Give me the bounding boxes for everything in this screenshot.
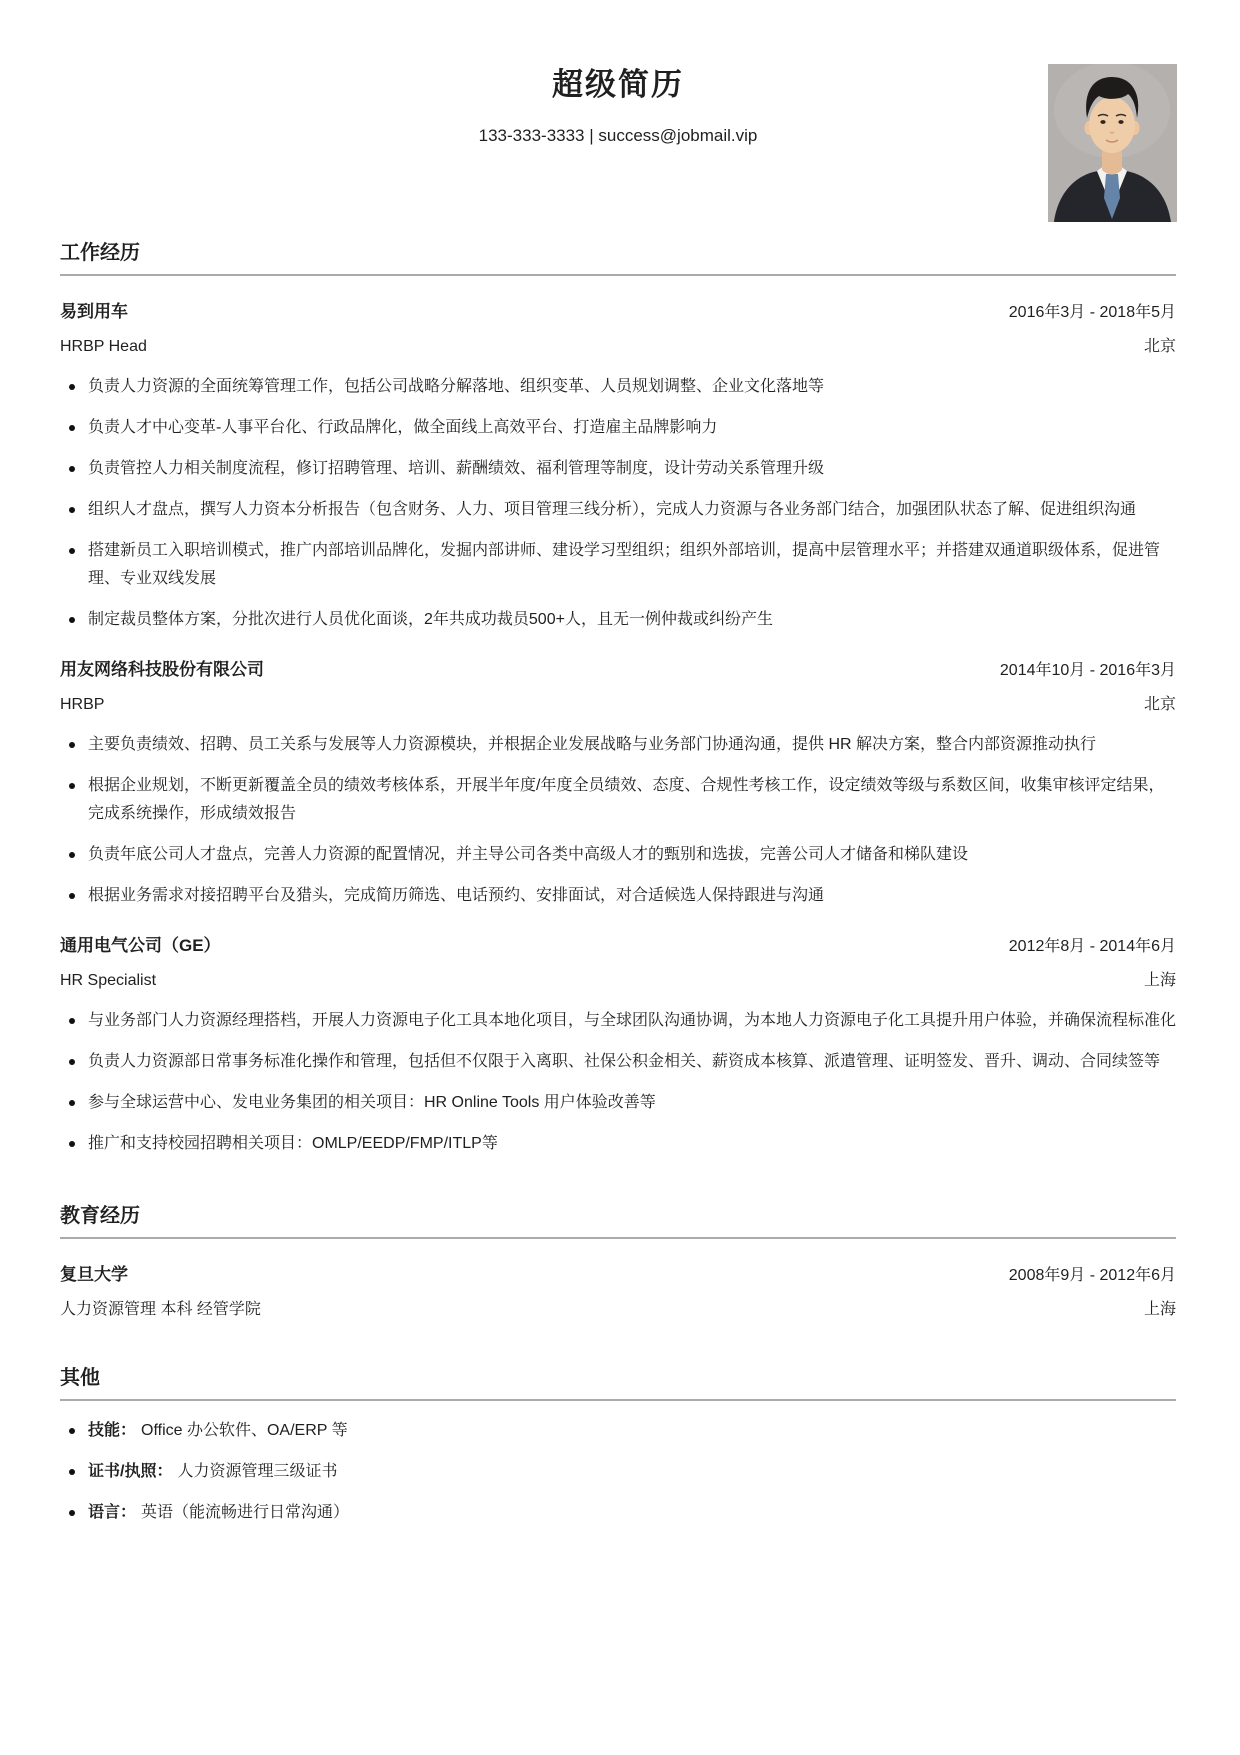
id-photo-illustration: [1048, 64, 1177, 222]
bullet-item: 负责人力资源部日常事务标准化操作和管理，包括但不仅限于入离职、社保公积金相关、薪…: [60, 1048, 1176, 1076]
other-item-text: 英语（能流畅进行日常沟通）: [141, 1504, 349, 1521]
bullet-dot-icon: [69, 507, 75, 513]
company-name: 用友网络科技股份有限公司: [60, 658, 264, 681]
resume-header: 超级简历 133-333-3333 | success@jobmail.vip: [60, 66, 1176, 146]
bullet-dot-icon: [69, 466, 75, 472]
bullet-text: 根据业务需求对接招聘平台及猎头，完成简历筛选、电话预约、安排面试，对合适候选人保…: [88, 887, 824, 904]
entry-header-row: 易到用车 2016年3月 - 2018年5月: [60, 300, 1176, 324]
entry-header-row: 通用电气公司（GE） 2012年8月 - 2014年6月: [60, 934, 1176, 958]
bullet-item: 负责人力资源的全面统筹管理工作，包括公司战略分解落地、组织变革、人员规划调整、企…: [60, 373, 1176, 401]
bullet-item: 根据业务需求对接招聘平台及猎头，完成简历筛选、电话预约、安排面试，对合适候选人保…: [60, 882, 1176, 910]
face-shape: [1089, 97, 1135, 153]
bullet-dot-icon: [69, 893, 75, 899]
work-entry-yonyou: 用友网络科技股份有限公司 2014年10月 - 2016年3月 HRBP 北京 …: [60, 658, 1176, 910]
bullet-item: 参与全球运营中心、发电业务集团的相关项目：HR Online Tools 用户体…: [60, 1089, 1176, 1117]
job-title: HR Specialist: [60, 970, 156, 991]
bullet-list: 负责人力资源的全面统筹管理工作，包括公司战略分解落地、组织变革、人员规划调整、企…: [60, 373, 1176, 634]
section-title-other: 其他: [60, 1366, 1176, 1390]
bullet-dot-icon: [69, 1059, 75, 1065]
job-title: HRBP Head: [60, 336, 147, 357]
date-range: 2014年10月 - 2016年3月: [1000, 659, 1176, 682]
bullet-dot-icon: [69, 1428, 75, 1434]
entry-header-row: 用友网络科技股份有限公司 2014年10月 - 2016年3月: [60, 658, 1176, 682]
job-location: 北京: [1144, 336, 1176, 357]
bullet-item: 制定裁员整体方案，分批次进行人员优化面谈，2年共成功裁员500+人，且无一例仲裁…: [60, 606, 1176, 634]
profile-photo: [1048, 64, 1177, 222]
bullet-text: 与业务部门人力资源经理搭档，开展人力资源电子化工具本地化项目，与全球团队沟通协调…: [88, 1012, 1176, 1029]
bullet-dot-icon: [69, 742, 75, 748]
entry-header-row: 复旦大学 2008年9月 - 2012年6月: [60, 1263, 1176, 1287]
education-entry-fudan: 复旦大学 2008年9月 - 2012年6月 人力资源管理 本科 经管学院 上海: [60, 1263, 1176, 1320]
bullet-text: 根据企业规划，不断更新覆盖全员的绩效考核体系，开展半年度/年度全员绩效、态度、合…: [88, 777, 1164, 822]
eye-right: [1118, 120, 1123, 124]
section-divider: [60, 1399, 1176, 1401]
bullet-dot-icon: [69, 617, 75, 623]
degree-detail: 人力资源管理 本科 经管学院: [60, 1299, 261, 1320]
date-range: 2008年9月 - 2012年6月: [1009, 1264, 1176, 1287]
other-item-label: 技能：: [88, 1422, 136, 1439]
bullet-dot-icon: [69, 1469, 75, 1475]
other-item-label: 证书/执照：: [88, 1463, 172, 1480]
bullet-item: 组织人才盘点，撰写人力资本分析报告（包含财务、人力、项目管理三线分析），完成人力…: [60, 496, 1176, 524]
date-range: 2016年3月 - 2018年5月: [1009, 301, 1176, 324]
bullet-dot-icon: [69, 852, 75, 858]
bullet-item: 负责管控人力相关制度流程，修订招聘管理、培训、薪酬绩效、福利管理等制度，设计劳动…: [60, 455, 1176, 483]
bullet-text: 负责人力资源部日常事务标准化操作和管理，包括但不仅限于入离职、社保公积金相关、薪…: [88, 1053, 1160, 1070]
other-item-text: 人力资源管理三级证书: [177, 1463, 337, 1480]
bullet-item: 负责年底公司人才盘点，完善人力资源的配置情况，并主导公司各类中高级人才的甄别和选…: [60, 841, 1176, 869]
bullet-list: 与业务部门人力资源经理搭档，开展人力资源电子化工具本地化项目，与全球团队沟通协调…: [60, 1007, 1176, 1158]
job-title: HRBP: [60, 694, 104, 715]
bullet-text: 制定裁员整体方案，分批次进行人员优化面谈，2年共成功裁员500+人，且无一例仲裁…: [88, 611, 773, 628]
other-item-certificates: 证书/执照：人力资源管理三级证书: [60, 1458, 1176, 1486]
contact-line: 133-333-3333 | success@jobmail.vip: [60, 125, 1176, 146]
entry-detail-row: 人力资源管理 本科 经管学院 上海: [60, 1299, 1176, 1320]
bullet-item: 根据企业规划，不断更新覆盖全员的绩效考核体系，开展半年度/年度全员绩效、态度、合…: [60, 772, 1176, 828]
work-entry-yidao: 易到用车 2016年3月 - 2018年5月 HRBP Head 北京 负责人力…: [60, 300, 1176, 634]
company-name: 通用电气公司（GE）: [60, 934, 221, 957]
other-list: 技能：Office 办公软件、OA/ERP 等 证书/执照：人力资源管理三级证书…: [60, 1417, 1176, 1527]
bullet-text: 参与全球运营中心、发电业务集团的相关项目：HR Online Tools 用户体…: [88, 1094, 656, 1111]
bullet-dot-icon: [69, 1141, 75, 1147]
entry-role-row: HRBP Head 北京: [60, 336, 1176, 357]
section-other: 其他 技能：Office 办公软件、OA/ERP 等 证书/执照：人力资源管理三…: [60, 1366, 1176, 1527]
school-location: 上海: [1144, 1299, 1176, 1320]
resume-page: 超级简历 133-333-3333 | success@jobmail.vip …: [0, 0, 1240, 1755]
work-entry-ge: 通用电气公司（GE） 2012年8月 - 2014年6月 HR Speciali…: [60, 934, 1176, 1158]
other-item-text: Office 办公软件、OA/ERP 等: [141, 1422, 348, 1439]
section-work-experience: 工作经历 易到用车 2016年3月 - 2018年5月 HRBP Head 北京…: [60, 241, 1176, 1158]
section-education: 教育经历 复旦大学 2008年9月 - 2012年6月 人力资源管理 本科 经管…: [60, 1204, 1176, 1320]
job-location: 上海: [1144, 970, 1176, 991]
section-divider: [60, 274, 1176, 276]
bullet-dot-icon: [69, 384, 75, 390]
other-item-languages: 语言：英语（能流畅进行日常沟通）: [60, 1499, 1176, 1527]
company-name: 易到用车: [60, 300, 128, 323]
bullet-dot-icon: [69, 1018, 75, 1024]
bullet-text: 主要负责绩效、招聘、员工关系与发展等人力资源模块，并根据企业发展战略与业务部门协…: [88, 736, 1096, 753]
bullet-text: 搭建新员工入职培训模式，推广内部培训品牌化，发掘内部讲师、建设学习型组织；组织外…: [88, 542, 1160, 587]
date-range: 2012年8月 - 2014年6月: [1009, 935, 1176, 958]
section-divider: [60, 1237, 1176, 1239]
bullet-list: 主要负责绩效、招聘、员工关系与发展等人力资源模块，并根据企业发展战略与业务部门协…: [60, 731, 1176, 910]
bullet-item: 负责人才中心变革-人事平台化、行政品牌化，做全面线上高效平台、打造雇主品牌影响力: [60, 414, 1176, 442]
entry-role-row: HRBP 北京: [60, 694, 1176, 715]
bullet-text: 推广和支持校园招聘相关项目：OMLP/EEDP/FMP/ITLP等: [88, 1135, 498, 1152]
job-location: 北京: [1144, 694, 1176, 715]
bullet-item: 搭建新员工入职培训模式，推广内部培训品牌化，发掘内部讲师、建设学习型组织；组织外…: [60, 537, 1176, 593]
bullet-dot-icon: [69, 1100, 75, 1106]
bullet-item: 主要负责绩效、招聘、员工关系与发展等人力资源模块，并根据企业发展战略与业务部门协…: [60, 731, 1176, 759]
entry-role-row: HR Specialist 上海: [60, 970, 1176, 991]
other-item-label: 语言：: [88, 1504, 136, 1521]
bullet-text: 负责人才中心变革-人事平台化、行政品牌化，做全面线上高效平台、打造雇主品牌影响力: [88, 419, 717, 436]
bullet-dot-icon: [69, 1510, 75, 1516]
bullet-dot-icon: [69, 783, 75, 789]
eye-left: [1100, 120, 1105, 124]
candidate-name: 超级简历: [60, 66, 1176, 104]
bullet-text: 组织人才盘点，撰写人力资本分析报告（包含财务、人力、项目管理三线分析），完成人力…: [88, 501, 1136, 518]
other-item-skills: 技能：Office 办公软件、OA/ERP 等: [60, 1417, 1176, 1445]
bullet-dot-icon: [69, 425, 75, 431]
bullet-item: 推广和支持校园招聘相关项目：OMLP/EEDP/FMP/ITLP等: [60, 1130, 1176, 1158]
school-name: 复旦大学: [60, 1263, 128, 1286]
bullet-item: 与业务部门人力资源经理搭档，开展人力资源电子化工具本地化项目，与全球团队沟通协调…: [60, 1007, 1176, 1035]
bullet-dot-icon: [69, 548, 75, 554]
section-title-education: 教育经历: [60, 1204, 1176, 1228]
bullet-text: 负责管控人力相关制度流程，修订招聘管理、培训、薪酬绩效、福利管理等制度，设计劳动…: [88, 460, 824, 477]
bullet-text: 负责人力资源的全面统筹管理工作，包括公司战略分解落地、组织变革、人员规划调整、企…: [88, 378, 824, 395]
section-title-work: 工作经历: [60, 241, 1176, 265]
bullet-text: 负责年底公司人才盘点，完善人力资源的配置情况，并主导公司各类中高级人才的甄别和选…: [88, 846, 968, 863]
